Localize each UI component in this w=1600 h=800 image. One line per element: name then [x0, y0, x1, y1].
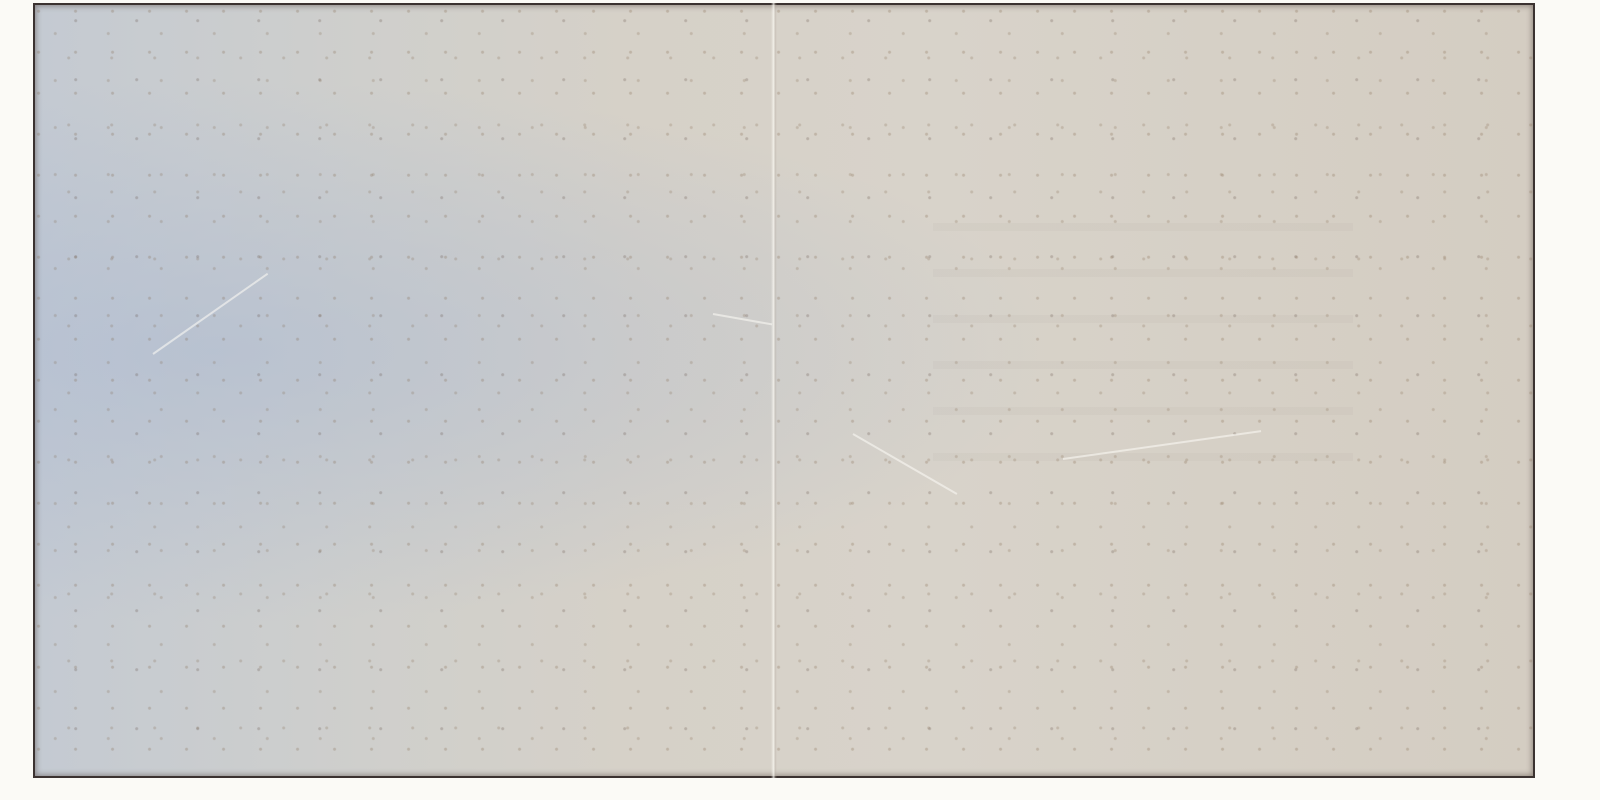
crease-mark: [152, 273, 268, 355]
vertical-fold-line: [771, 3, 777, 778]
scan-stage: [0, 0, 1600, 800]
crease-mark: [713, 313, 772, 325]
faint-bleed-through-area: [933, 203, 1353, 483]
paper-sheet: [33, 3, 1535, 778]
document-text: [33, 3, 34, 4]
